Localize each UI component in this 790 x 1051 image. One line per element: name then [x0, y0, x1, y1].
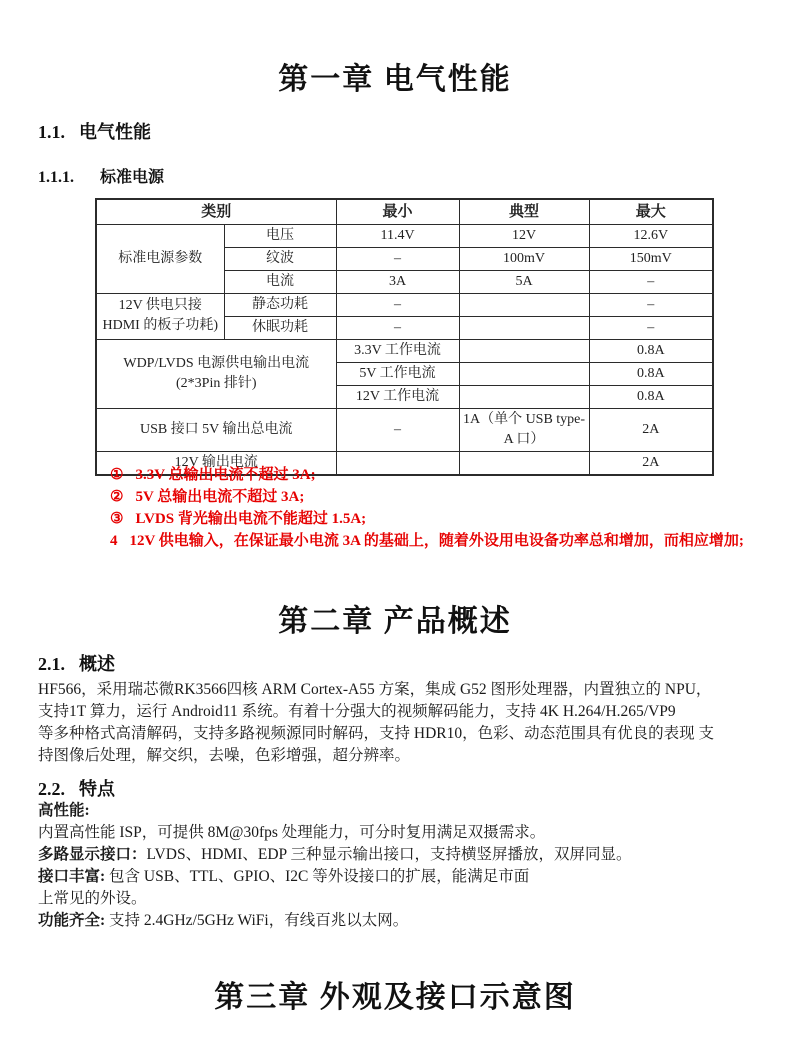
- note-text: LVDS 背光输出电流不能超过 1.5A;: [135, 511, 366, 527]
- cell-value: –: [589, 316, 713, 339]
- cell-value: 0.8A: [589, 385, 713, 408]
- feature-line: 高性能:: [38, 800, 760, 822]
- cell-value: 0.8A: [589, 339, 713, 362]
- feature-text: 包含 USB、TTL、GPIO、I2C 等外设接口的扩展，能满足市面: [109, 868, 529, 885]
- table-row: 12V 供电只接 HDMI 的板子功耗) 静态功耗 – –: [96, 293, 713, 316]
- table-row: WDP/LVDS 电源供电输出电流 (2*3Pin 排针) 3.3V 工作电流 …: [96, 339, 713, 362]
- table-row: 标准电源参数 电压 11.4V 12V 12.6V: [96, 224, 713, 247]
- section-title: 电气性能: [79, 122, 151, 142]
- cell-param: 电流: [224, 270, 336, 293]
- cell-value: [459, 316, 589, 339]
- cell-value: 12V: [459, 224, 589, 247]
- cell-param: 3.3V 工作电流: [336, 339, 459, 362]
- section-heading-1-1: 1.1.电气性能: [38, 118, 151, 144]
- cell-value: –: [336, 293, 459, 316]
- cell-group-label: USB 接口 5V 输出总电流: [96, 408, 336, 451]
- cell-value: –: [589, 293, 713, 316]
- header-cell-category: 类别: [96, 199, 336, 224]
- section-number: 1.1.1.: [38, 169, 74, 187]
- overview-paragraph: HF566，采用瑞芯微RK3566四核 ARM Cortex-A55 方案，集成…: [38, 679, 760, 767]
- cell-value: [459, 339, 589, 362]
- note-item-4: 412V 供电输入，在保证最小电流 3A 的基础上，随着外设用电设备功率总和增加…: [85, 530, 779, 552]
- red-notes-list: ①3.3V 总输出电流不超过 3A; ②5V 总输出电流不超过 3A; ③LVD…: [85, 464, 779, 552]
- note-item-1: ①3.3V 总输出电流不超过 3A;: [85, 464, 779, 486]
- section-number: 2.1.: [38, 654, 65, 675]
- overview-line: HF566，采用瑞芯微RK3566四核 ARM Cortex-A55 方案，集成…: [38, 679, 760, 701]
- cell-value: 150mV: [589, 247, 713, 270]
- feature-line: 接口丰富: 包含 USB、TTL、GPIO、I2C 等外设接口的扩展，能满足市面: [38, 866, 760, 888]
- feature-text: 支持 2.4GHz/5GHz WiFi，有线百兆以太网。: [109, 912, 408, 929]
- note-text: 12V 供电输入，在保证最小电流 3A 的基础上，随着外设用电设备功率总和增加，…: [130, 533, 744, 549]
- overview-line: 等多种格式高清解码，支持多路视频源同时解码，支持 HDR10，色彩、动态范围具有…: [38, 723, 760, 745]
- cell-value: 3A: [336, 270, 459, 293]
- feature-line: 功能齐全: 支持 2.4GHz/5GHz WiFi，有线百兆以太网。: [38, 910, 760, 932]
- cell-group-label: 12V 供电只接 HDMI 的板子功耗): [96, 293, 224, 339]
- section-title: 标准电源: [100, 169, 164, 186]
- feature-line: 多路显示接口：LVDS、HDMI、EDP 三种显示输出接口，支持横竖屏播放，双屏…: [38, 844, 760, 866]
- cell-param: 休眠功耗: [224, 316, 336, 339]
- cell-param: 纹波: [224, 247, 336, 270]
- note-item-3: ③LVDS 背光输出电流不能超过 1.5A;: [85, 508, 779, 530]
- feature-label: 高性能:: [38, 802, 90, 819]
- cell-param: 静态功耗: [224, 293, 336, 316]
- cell-value: 2A: [589, 408, 713, 451]
- cell-group-label: WDP/LVDS 电源供电输出电流 (2*3Pin 排针): [96, 339, 336, 408]
- power-spec-table: 类别 最小 典型 最大 标准电源参数 电压 11.4V 12V 12.6V 纹波…: [95, 198, 714, 476]
- cell-value: [459, 385, 589, 408]
- cell-value: 1A（单个 USB type-A 口）: [459, 408, 589, 451]
- feature-label: 接口丰富:: [38, 868, 109, 885]
- cell-value: 0.8A: [589, 362, 713, 385]
- header-cell-min: 最小: [336, 199, 459, 224]
- section-title: 概述: [79, 654, 115, 674]
- cell-param: 5V 工作电流: [336, 362, 459, 385]
- section-number: 2.2.: [38, 779, 65, 800]
- note-text: 5V 总输出电流不超过 3A;: [135, 489, 304, 505]
- feature-text: 上常见的外设。: [38, 890, 147, 907]
- cell-param: 电压: [224, 224, 336, 247]
- cell-value: [459, 362, 589, 385]
- note-text: 3.3V 总输出电流不超过 3A;: [135, 467, 315, 483]
- feature-text: LVDS、HDMI、EDP 三种显示输出接口，支持横竖屏播放，双屏同显。: [147, 846, 632, 863]
- note-marker: ③: [110, 511, 123, 527]
- header-cell-typical: 典型: [459, 199, 589, 224]
- header-cell-max: 最大: [589, 199, 713, 224]
- cell-value: 5A: [459, 270, 589, 293]
- cell-param: 12V 工作电流: [336, 385, 459, 408]
- chapter3-title: 第三章 外观及接口示意图: [0, 972, 790, 1016]
- chapter1-title: 第一章 电气性能: [0, 54, 790, 98]
- note-item-2: ②5V 总输出电流不超过 3A;: [85, 486, 779, 508]
- section-title: 特点: [79, 779, 115, 799]
- feature-line: 内置高性能 ISP，可提供 8M@30fps 处理能力，可分时复用满足双摄需求。: [38, 822, 760, 844]
- table-header-row: 类别 最小 典型 最大: [96, 199, 713, 224]
- cell-value: –: [336, 247, 459, 270]
- overview-line: 支持1T 算力，运行 Android11 系统。有着十分强大的视频解码能力，支持…: [38, 701, 760, 723]
- features-list: 高性能: 内置高性能 ISP，可提供 8M@30fps 处理能力，可分时复用满足…: [38, 800, 760, 932]
- cell-value: 12.6V: [589, 224, 713, 247]
- section-heading-2-1: 2.1.概述: [38, 650, 115, 676]
- document-page: 第一章 电气性能 1.1.电气性能 1.1.1.标准电源 类别 最小 典型 最大…: [0, 0, 790, 1051]
- note-marker: 4: [110, 533, 118, 549]
- section-heading-1-1-1: 1.1.1.标准电源: [38, 164, 164, 187]
- cell-value: 11.4V: [336, 224, 459, 247]
- section-heading-2-2: 2.2.特点: [38, 775, 115, 801]
- feature-label: 功能齐全:: [38, 912, 109, 929]
- section-number: 1.1.: [38, 122, 65, 143]
- feature-line: 上常见的外设。: [38, 888, 760, 910]
- feature-label: 多路显示接口：: [38, 846, 147, 863]
- table-row: USB 接口 5V 输出总电流 – 1A（单个 USB type-A 口） 2A: [96, 408, 713, 451]
- cell-value: 100mV: [459, 247, 589, 270]
- chapter2-title: 第二章 产品概述: [0, 596, 790, 640]
- feature-text: 内置高性能 ISP，可提供 8M@30fps 处理能力，可分时复用满足双摄需求。: [38, 824, 545, 841]
- cell-value: –: [336, 408, 459, 451]
- overview-line: 持图像后处理，解交织，去噪，色彩增强，超分辨率。: [38, 745, 760, 767]
- cell-value: [459, 293, 589, 316]
- cell-value: –: [589, 270, 713, 293]
- cell-value: –: [336, 316, 459, 339]
- note-marker: ①: [110, 467, 123, 483]
- note-marker: ②: [110, 489, 123, 505]
- cell-group-label: 标准电源参数: [96, 224, 224, 293]
